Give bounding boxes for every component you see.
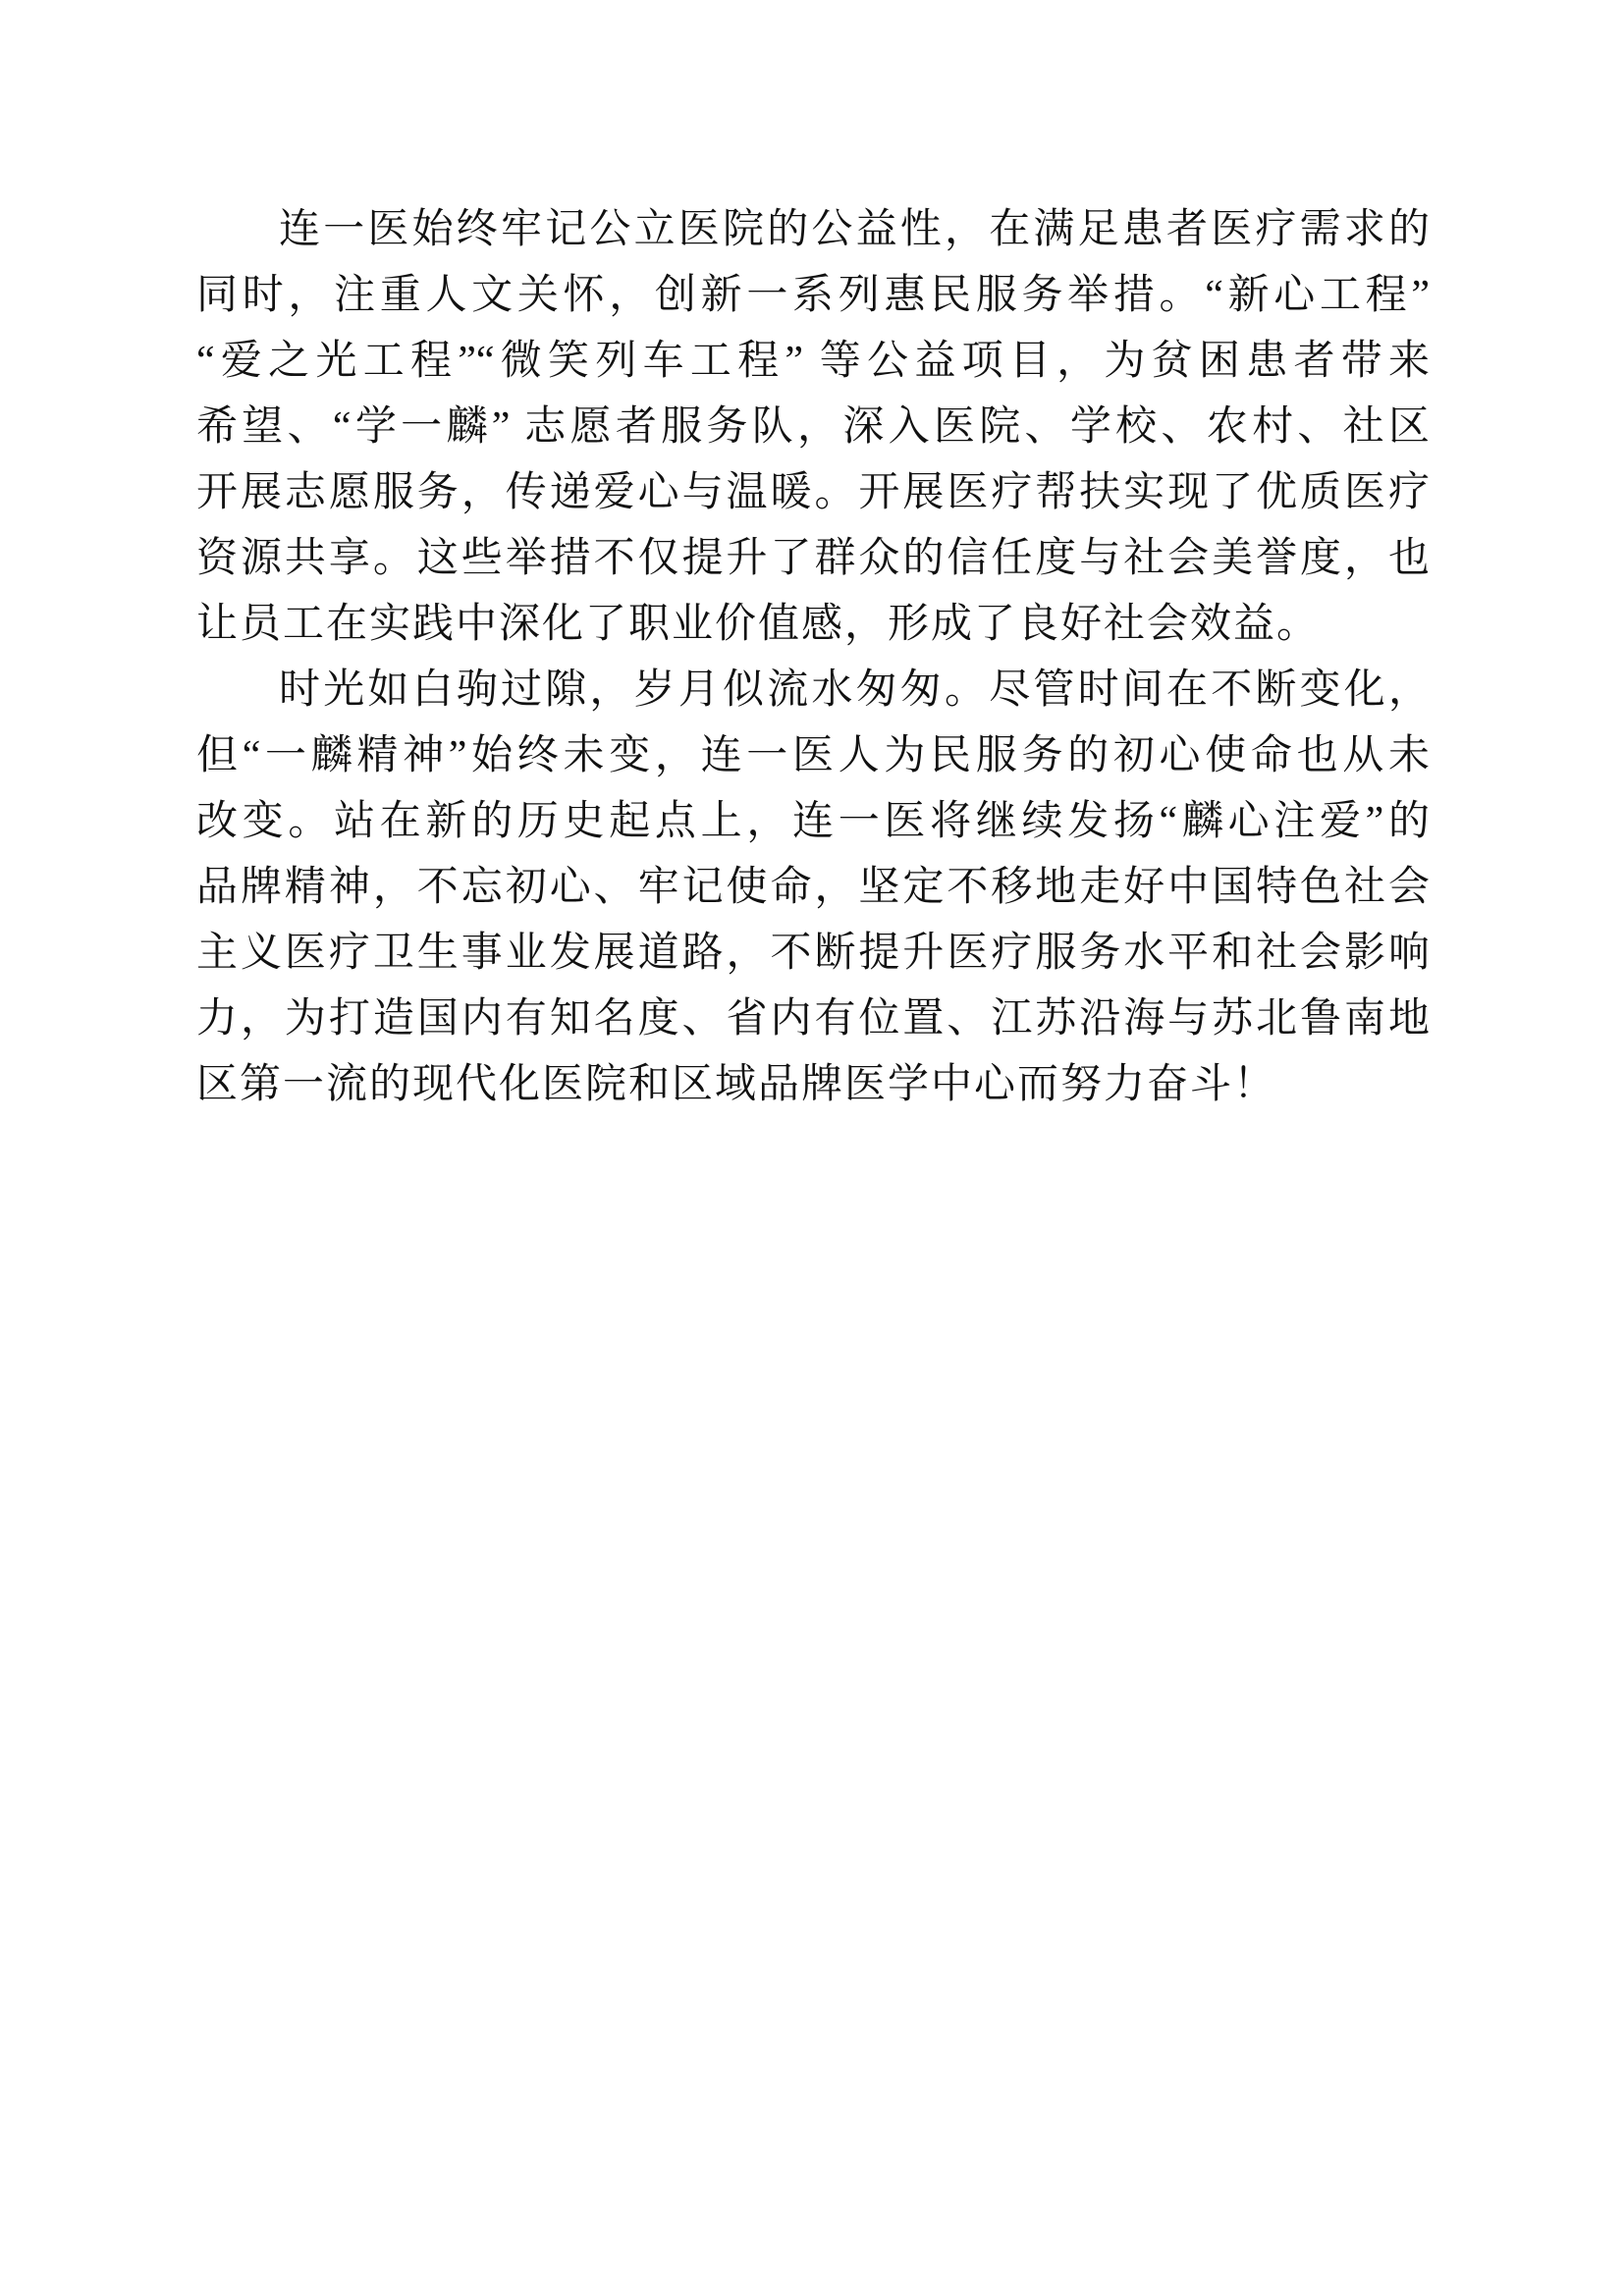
document-page: 连一医始终牢记公立医院的公益性，在满足患者医疗需求的 同时，注重人文关怀，创新一… — [0, 0, 1624, 2296]
paragraph-1: 连一医始终牢记公立医院的公益性，在满足患者医疗需求的 同时，注重人文关怀，创新一… — [196, 197, 1430, 658]
text-line: 希望、“学一麟” 志愿者服务队，深入医院、学校、农村、社区 — [196, 395, 1430, 460]
text-line: 力，为打造国内有知名度、省内有位置、江苏沿海与苏北鲁南地 — [196, 987, 1430, 1052]
text-line: “爱之光工程”“微笑列车工程” 等公益项目，为贫困患者带来 — [196, 329, 1430, 395]
text-line: 连一医始终牢记公立医院的公益性，在满足患者医疗需求的 — [196, 197, 1430, 263]
text-line: 改变。站在新的历史起点上，连一医将继续发扬“麟心注爱”的 — [196, 789, 1430, 855]
paragraph-2: 时光如白驹过隙，岁月似流水匆匆。尽管时间在不断变化， 但“一麟精神”始终未变，连… — [196, 658, 1430, 1118]
text-line: 开展志愿服务，传递爱心与温暖。开展医疗帮扶实现了优质医疗 — [196, 460, 1430, 526]
text-line: 品牌精神，不忘初心、牢记使命，坚定不移地走好中国特色社会 — [196, 855, 1430, 921]
document-text-block: 连一医始终牢记公立医院的公益性，在满足患者医疗需求的 同时，注重人文关怀，创新一… — [196, 197, 1430, 1118]
text-line: 区第一流的现代化医院和区域品牌医学中心而努力奋斗！ — [196, 1052, 1430, 1118]
text-line: 时光如白驹过隙，岁月似流水匆匆。尽管时间在不断变化， — [196, 658, 1430, 723]
text-line: 资源共享。这些举措不仅提升了群众的信任度与社会美誉度，也 — [196, 526, 1430, 592]
text-line: 但“一麟精神”始终未变，连一医人为民服务的初心使命也从未 — [196, 723, 1430, 789]
text-line: 让员工在实践中深化了职业价值感，形成了良好社会效益。 — [196, 592, 1430, 658]
text-line: 同时，注重人文关怀，创新一系列惠民服务举措。“新心工程” — [196, 263, 1430, 329]
text-line: 主义医疗卫生事业发展道路，不断提升医疗服务水平和社会影响 — [196, 921, 1430, 987]
